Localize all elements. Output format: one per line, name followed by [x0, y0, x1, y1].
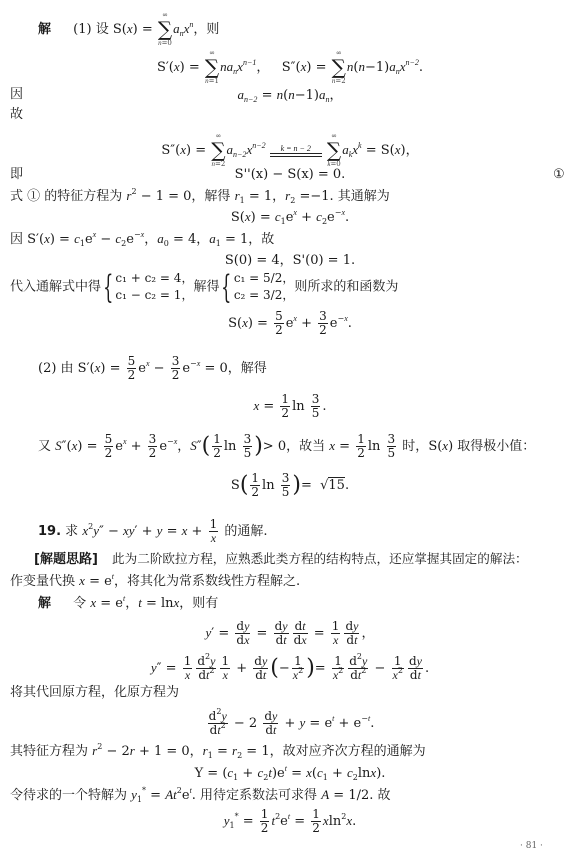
solution-label: 解 [38, 22, 51, 37]
sum-function: S(x) = 52ex + 32e−x. [0, 310, 580, 337]
s-double-prime-equation: S″(x) = ∞∑n=2an−2xn−2 k = n − 2 ∞∑k=0akx… [0, 133, 580, 168]
therefore-label: 故 [10, 108, 23, 121]
y-prime-equation: y′ = dydx = dydtdtdx = 1xdydt， [0, 620, 580, 647]
particular-solution: y1* = 12t2et = 12xln2x. [0, 808, 580, 835]
derivative-condition-line: 因 S′(x) = c1ex − c2e−x，a0 = 4，a1 = 1，故 [10, 232, 274, 246]
minimum-value: S(12ln 35)= √15. [0, 472, 580, 499]
hint-label: [解题思路] [34, 552, 98, 567]
hint-line-1: [解题思路] 此为二阶欧拉方程，应熟悉此类方程的结构特点，还应掌握其固定的解法： [34, 553, 528, 566]
char-equation-text: 式 ① 的特征方程为 r2 − 1 = 0，解得 r1 = 1，r2 =−1. … [10, 189, 390, 203]
problem-number: 19. [38, 524, 61, 539]
solution-19-intro: 解 令 x = et，t = lnx，则有 [38, 596, 218, 610]
initial-conditions: S(0) = 4，S'(0) = 1. [0, 254, 580, 267]
part1-intro-formula: (1) 设 S(x) = ∞∑n=0anxn，则 [73, 22, 219, 37]
sum-symbol: ∞∑k=0 [327, 133, 341, 168]
solution-label: 解 [38, 596, 51, 611]
hint-line-2: 作变量代换 x = et，将其化为常系数线性方程解之. [10, 574, 300, 588]
substitution-arrow: k = n − 2 [270, 144, 322, 157]
part1-intro-line: 解 (1) 设 S(x) = ∞∑n=0anxn，则 [38, 12, 219, 47]
system2: c₁ = 5/2，c₂ = 3/2， [234, 270, 295, 304]
problem-19-statement: 19. 求 x2y″ − xy′ + y = x + 1x 的通解. [38, 518, 267, 545]
recurrence-equation: an−2 = n(n−1)an， [0, 88, 580, 102]
ode-equation: S''(x) − S(x) = 0. [0, 168, 580, 181]
general-solution: S(x) = c1ex + c2e−x. [0, 210, 580, 224]
critical-point: x = 12ln 35. [0, 393, 580, 420]
second-derivative-test: 又 S″(x) = 52ex + 32e−x，S″(12ln 35)> 0，故当… [38, 433, 535, 460]
equation-marker: ① [553, 168, 565, 181]
back-substitution-text: 将其代回原方程，化原方程为 [10, 686, 179, 699]
part2-intro: (2) 由 S′(x) = 52ex − 32e−x = 0，解得 [38, 355, 267, 382]
y-double-prime-equation: y″ = 1xd2ydt21x + dydt(−1x2)= 1x2d2ydt2 … [0, 655, 580, 682]
particular-solution-text: 令待求的一个特解为 y1* = At2et. 用待定系数法可求得 A = 1/2… [10, 788, 391, 802]
sum-symbol: ∞∑n=1 [205, 50, 219, 85]
page-number: · 81 · [520, 842, 543, 851]
sum-symbol: ∞∑n=2 [211, 133, 225, 168]
system-of-equations-line: 代入通解式中得{c₁ + c₂ = 4，c₁ − c₂ = 1，解得{c₁ = … [10, 270, 398, 304]
transformed-ode: d2ydt2 − 2 dydt + y = et + e−t. [0, 710, 580, 737]
sum-symbol: ∞∑n=0 [158, 12, 172, 47]
system1: c₁ + c₂ = 4，c₁ − c₂ = 1， [115, 270, 193, 304]
derivative-series-equation: S′(x) = ∞∑n=1nanxn−1， S″(x) = ∞∑n=2n(n−1… [0, 50, 580, 85]
char-equation-19: 其特征方程为 r2 − 2r + 1 = 0，r1 = r2 = 1，故对应齐次… [10, 744, 426, 758]
homogeneous-solution: Y = (c1 + c2t)et = x(c1 + c2lnx). [0, 766, 580, 780]
sum-symbol: ∞∑n=2 [332, 50, 346, 85]
